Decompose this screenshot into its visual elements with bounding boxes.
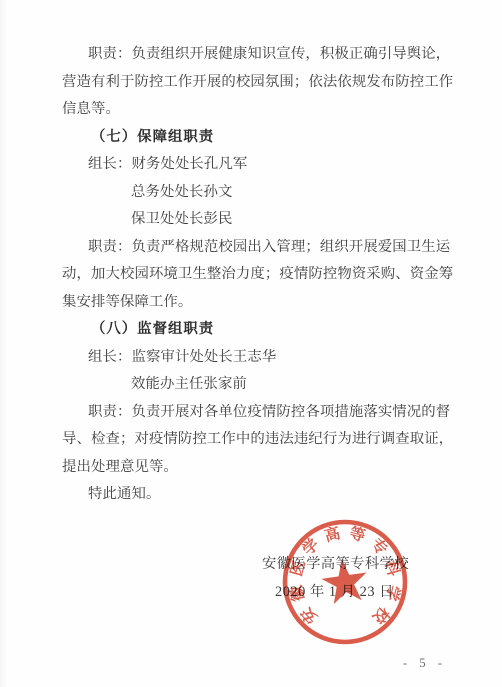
group-member-line: 效能办主任张家前 <box>62 371 452 399</box>
paragraph-line: 集安排等保障工作。 <box>62 289 452 317</box>
paragraph-line: 营造有利于防控工作开展的校园氛围；依法依规发布防控工作 <box>62 69 452 97</box>
paragraph-line: 提出处理意见等。 <box>62 454 452 482</box>
paragraph-line: 信息等。 <box>62 96 452 124</box>
issuer-name: 安徽医学高等专科学校 <box>62 551 452 579</box>
issue-date: 2020 年 1 月 23 日 <box>62 579 452 607</box>
paragraph-line: 动，加大校园环境卫生整治力度；疫情防控物资采购、资金筹 <box>62 261 452 289</box>
group-member-line: 总务处处长孙文 <box>62 179 452 207</box>
group-member-line: 保卫处处长彭民 <box>62 206 452 234</box>
paragraph-line: 职责：负责组织开展健康知识宣传，积极正确引导舆论， <box>62 41 452 69</box>
paragraph-line: 职责：负责开展对各单位疫情防控各项措施落实情况的督 <box>62 399 452 427</box>
document-page: 职责：负责组织开展健康知识宣传，积极正确引导舆论， 营造有利于防控工作开展的校园… <box>0 0 502 687</box>
section-heading-7: （七）保障组职责 <box>62 124 452 152</box>
signature-block: 安徽医学高等专科学校 2020 年 1 月 23 日 <box>62 551 452 606</box>
closing-line: 特此通知。 <box>62 481 452 509</box>
section-heading-8: （八）监督组职责 <box>62 316 452 344</box>
paragraph-line: 职责：负责严格规范校园出入管理；组织开展爱国卫生运 <box>62 234 452 262</box>
page-number: - 5 - <box>403 653 444 673</box>
group-leader-line: 组长：监察审计处处长王志华 <box>62 344 452 372</box>
paragraph-line: 导、检查；对疫情防控工作中的违法违纪行为进行调查取证， <box>62 426 452 454</box>
notice-body: 职责：负责组织开展健康知识宣传，积极正确引导舆论， 营造有利于防控工作开展的校园… <box>62 41 452 509</box>
group-leader-line: 组长：财务处处长孔凡军 <box>62 151 452 179</box>
